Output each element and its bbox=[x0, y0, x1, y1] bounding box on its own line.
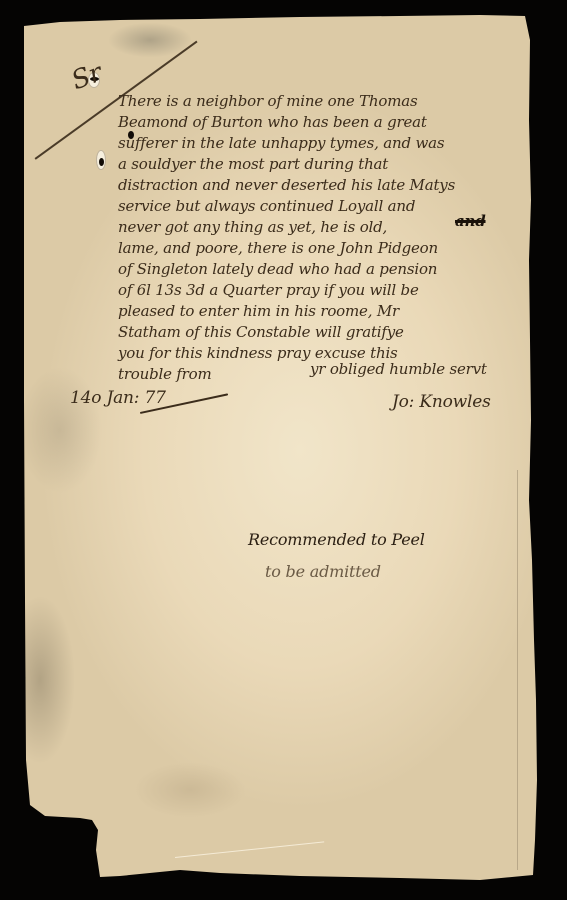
signature: Jo: Knowles bbox=[392, 392, 491, 412]
body-line: There is a neighbor of mine one Thomas bbox=[118, 92, 417, 110]
body-line: distraction and never deserted his late … bbox=[118, 176, 455, 194]
body-line: Beamond of Burton who has been a great bbox=[118, 113, 427, 131]
body-line: never got any thing as yet, he is old, bbox=[118, 218, 387, 236]
date: 14o Jan: 77 bbox=[70, 388, 166, 408]
body-line: trouble from bbox=[118, 365, 212, 383]
body-line: service but always continued Loyall and bbox=[118, 197, 415, 215]
body-line: lame, and poore, there is one John Pidge… bbox=[118, 239, 438, 257]
body-line: pleased to enter him in his roome, Mr bbox=[118, 302, 399, 320]
body-line: of Singleton lately dead who had a pensi… bbox=[118, 260, 437, 278]
annotation-line-2: to be admitted bbox=[265, 562, 381, 581]
ink-blot bbox=[99, 158, 104, 166]
closing: yr obliged humble servt bbox=[310, 360, 487, 378]
body-line: of 6l 13s 3d a Quarter pray if you will … bbox=[118, 281, 419, 299]
struck-word: and bbox=[455, 212, 486, 230]
body-line: sufferer in the late unhappy tymes, and … bbox=[118, 134, 444, 152]
annotation-line-1: Recommended to Peel bbox=[248, 530, 425, 549]
body-line: Statham of this Constable will gratifye bbox=[118, 323, 404, 341]
paper-fold-edge bbox=[517, 470, 518, 870]
body-line: a souldyer the most part during that bbox=[118, 155, 388, 173]
